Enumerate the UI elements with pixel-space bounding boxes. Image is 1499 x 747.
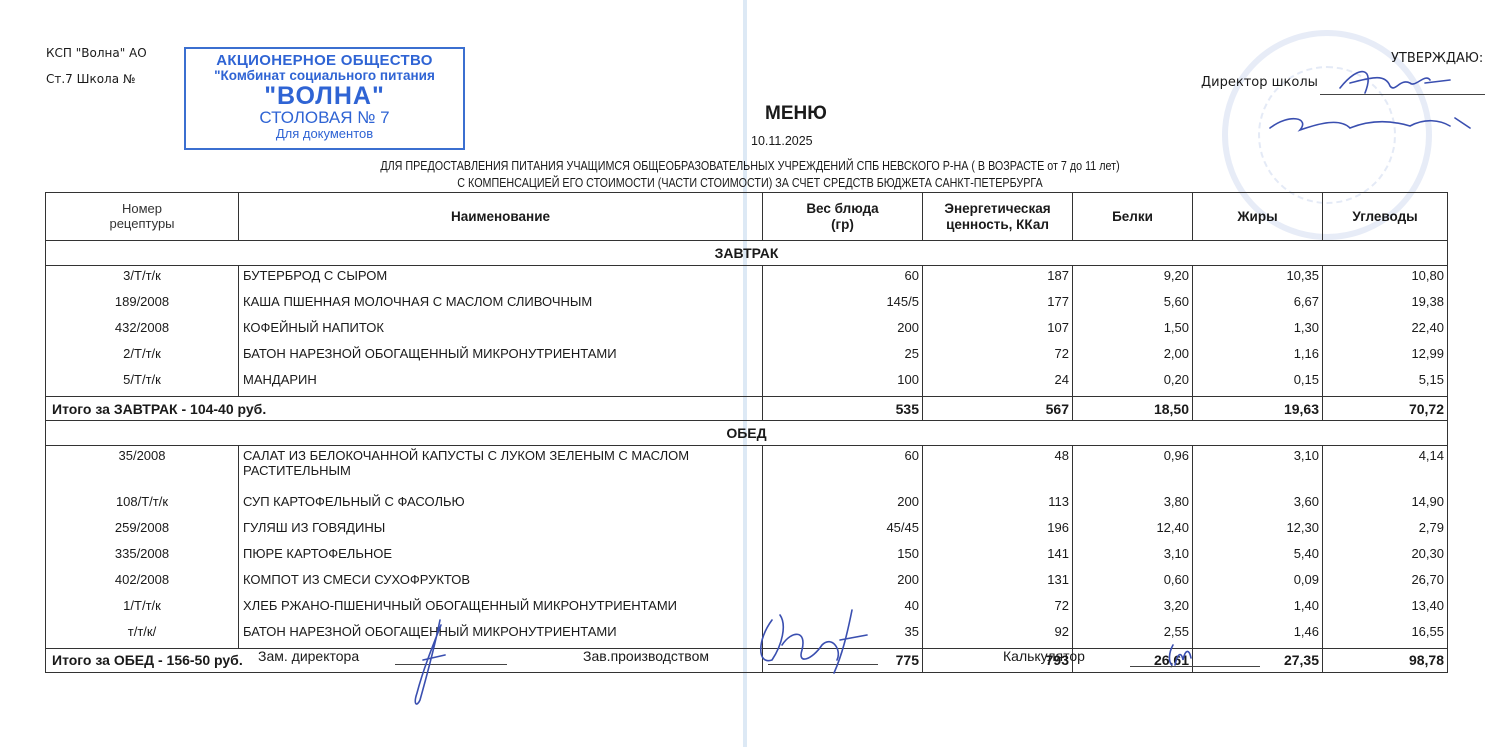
cell-energy: 107 (923, 318, 1073, 344)
section-row: ЗАВТРАК (46, 241, 1448, 266)
cell-name: КАША ПШЕННАЯ МОЛОЧНАЯ С МАСЛОМ СЛИВОЧНЫМ (239, 292, 763, 318)
cell-fat: 1,30 (1193, 318, 1323, 344)
cell-fat: 1,40 (1193, 596, 1323, 622)
cell-code: 1/Т/т/к (46, 596, 239, 622)
cell-code: 259/2008 (46, 518, 239, 544)
cell-fat: 0,15 (1193, 370, 1323, 397)
menu-table: Номеррецептуры Наименование Вес блюда(гр… (45, 192, 1448, 673)
stamp-line-4: СТОЛОВАЯ № 7 (186, 109, 463, 127)
cell-carbs: 13,40 (1323, 596, 1448, 622)
cell-weight: 150 (763, 544, 923, 570)
cell-protein: 12,40 (1073, 518, 1193, 544)
cell-weight: 145/5 (763, 292, 923, 318)
deputy-director-label: Зам. директора (258, 648, 359, 664)
cell-fat: 3,10 (1193, 446, 1323, 492)
cell-weight: 60 (763, 446, 923, 492)
table-row: 1/Т/т/кХЛЕБ РЖАНО-ПШЕНИЧНЫЙ ОБОГАЩЕННЫЙ … (46, 596, 1448, 622)
cell-name: БУТЕРБРОД С СЫРОМ (239, 266, 763, 293)
cell-code: 402/2008 (46, 570, 239, 596)
cell-fat: 12,30 (1193, 518, 1323, 544)
cell-name: ПЮРЕ КАРТОФЕЛЬНОЕ (239, 544, 763, 570)
table-row: т/т/к/БАТОН НАРЕЗНОЙ ОБОГАЩЕННЫЙ МИКРОНУ… (46, 622, 1448, 649)
cell-weight: 200 (763, 318, 923, 344)
production-head-signature (752, 605, 892, 675)
cell-fat: 1,46 (1193, 622, 1323, 649)
table-row: 189/2008КАША ПШЕННАЯ МОЛОЧНАЯ С МАСЛОМ С… (46, 292, 1448, 318)
cell-protein: 2,00 (1073, 344, 1193, 370)
cell-name: КОФЕЙНЫЙ НАПИТОК (239, 318, 763, 344)
cell-carbs: 26,70 (1323, 570, 1448, 596)
section-title: ЗАВТРАК (46, 241, 1448, 266)
cell-fat: 1,16 (1193, 344, 1323, 370)
school-line: Ст.7 Школа № (46, 72, 135, 86)
menu-table-body: ЗАВТРАК3/Т/т/кБУТЕРБРОД С СЫРОМ601879,20… (46, 241, 1448, 673)
cell-weight: 100 (763, 370, 923, 397)
cell-protein: 1,50 (1073, 318, 1193, 344)
cell-energy: 72 (923, 596, 1073, 622)
cell-carbs: 19,38 (1323, 292, 1448, 318)
column-header-fat: Жиры (1193, 193, 1323, 241)
column-header-protein: Белки (1073, 193, 1193, 241)
table-row: 3/Т/т/кБУТЕРБРОД С СЫРОМ601879,2010,3510… (46, 266, 1448, 293)
total-row: Итого за ЗАВТРАК - 104-40 руб.53556718,5… (46, 397, 1448, 421)
table-row: 335/2008ПЮРЕ КАРТОФЕЛЬНОЕ1501413,105,402… (46, 544, 1448, 570)
cell-fat: 3,60 (1193, 492, 1323, 518)
table-row: 259/2008ГУЛЯШ ИЗ ГОВЯДИНЫ45/4519612,4012… (46, 518, 1448, 544)
cell-carbs: 22,40 (1323, 318, 1448, 344)
cell-protein: 3,10 (1073, 544, 1193, 570)
table-row: 402/2008КОМПОТ ИЗ СМЕСИ СУХОФРУКТОВ20013… (46, 570, 1448, 596)
org-line: КСП "Волна" АО (46, 46, 147, 60)
stamp-line-1: АКЦИОНЕРНОЕ ОБЩЕСТВО (186, 53, 463, 69)
column-header-energy: Энергетическаяценность, ККал (923, 193, 1073, 241)
section-title: ОБЕД (46, 421, 1448, 446)
total-weight: 535 (763, 397, 923, 421)
cell-carbs: 5,15 (1323, 370, 1448, 397)
stamp-line-2: "Комбинат социального питания (186, 69, 463, 83)
cell-energy: 177 (923, 292, 1073, 318)
cell-carbs: 10,80 (1323, 266, 1448, 293)
cell-carbs: 4,14 (1323, 446, 1448, 492)
document-title: МЕНЮ (765, 103, 827, 125)
table-row: 2/Т/т/кБАТОН НАРЕЗНОЙ ОБОГАЩЕННЫЙ МИКРОН… (46, 344, 1448, 370)
cell-code: 5/Т/т/к (46, 370, 239, 397)
cell-name: БАТОН НАРЕЗНОЙ ОБОГАЩЕННЫЙ МИКРОНУТРИЕНТ… (239, 622, 763, 649)
cell-weight: 45/45 (763, 518, 923, 544)
cell-protein: 3,20 (1073, 596, 1193, 622)
cell-weight: 60 (763, 266, 923, 293)
table-row: 432/2008КОФЕЙНЫЙ НАПИТОК2001071,501,3022… (46, 318, 1448, 344)
calculator-label: Калькулятор (1003, 648, 1085, 664)
cell-protein: 0,20 (1073, 370, 1193, 397)
cell-code: 432/2008 (46, 318, 239, 344)
total-fat: 27,35 (1193, 648, 1323, 672)
cell-energy: 48 (923, 446, 1073, 492)
cell-weight: 200 (763, 570, 923, 596)
cell-protein: 5,60 (1073, 292, 1193, 318)
stamp-line-5: Для документов (186, 127, 463, 141)
cell-name: КОМПОТ ИЗ СМЕСИ СУХОФРУКТОВ (239, 570, 763, 596)
cell-carbs: 20,30 (1323, 544, 1448, 570)
table-row: 5/Т/т/кМАНДАРИН100240,200,155,15 (46, 370, 1448, 397)
cell-energy: 141 (923, 544, 1073, 570)
cell-protein: 0,96 (1073, 446, 1193, 492)
cell-carbs: 16,55 (1323, 622, 1448, 649)
cell-code: 35/2008 (46, 446, 239, 492)
column-header-name: Наименование (239, 193, 763, 241)
cell-code: 2/Т/т/к (46, 344, 239, 370)
director-signature (1330, 58, 1480, 128)
director-label: Директор школы (1201, 75, 1318, 90)
cell-protein: 9,20 (1073, 266, 1193, 293)
cell-energy: 24 (923, 370, 1073, 397)
cell-name: САЛАТ ИЗ БЕЛОКОЧАННОЙ КАПУСТЫ С ЛУКОМ ЗЕ… (239, 446, 763, 492)
table-row: 108/Т/т/кСУП КАРТОФЕЛЬНЫЙ С ФАСОЛЬЮ20011… (46, 492, 1448, 518)
cell-carbs: 2,79 (1323, 518, 1448, 544)
table-row: 35/2008САЛАТ ИЗ БЕЛОКОЧАННОЙ КАПУСТЫ С Л… (46, 446, 1448, 492)
stamp-line-3: "ВОЛНА" (186, 83, 463, 109)
total-energy: 567 (923, 397, 1073, 421)
cell-energy: 196 (923, 518, 1073, 544)
cell-weight: 25 (763, 344, 923, 370)
total-carbs: 98,78 (1323, 648, 1448, 672)
subtitle-line-2: С КОМПЕНСАЦИЕЙ ЕГО СТОИМОСТИ (ЧАСТИ СТОИ… (62, 176, 1438, 190)
calculator-signature (1165, 640, 1205, 670)
total-label: Итого за ЗАВТРАК - 104-40 руб. (46, 397, 763, 421)
cell-energy: 92 (923, 622, 1073, 649)
column-header-weight: Вес блюда(гр) (763, 193, 923, 241)
cell-carbs: 14,90 (1323, 492, 1448, 518)
cell-code: 108/Т/т/к (46, 492, 239, 518)
total-row: Итого за ОБЕД - 156-50 руб.77579326,6127… (46, 648, 1448, 672)
cell-energy: 131 (923, 570, 1073, 596)
deputy-director-signature (405, 615, 455, 715)
cell-name: ГУЛЯШ ИЗ ГОВЯДИНЫ (239, 518, 763, 544)
cell-energy: 187 (923, 266, 1073, 293)
table-header-row: Номеррецептуры Наименование Вес блюда(гр… (46, 193, 1448, 241)
cell-name: СУП КАРТОФЕЛЬНЫЙ С ФАСОЛЬЮ (239, 492, 763, 518)
document-date: 10.11.2025 (751, 134, 813, 148)
cell-weight: 200 (763, 492, 923, 518)
cell-name: БАТОН НАРЕЗНОЙ ОБОГАЩЕННЫЙ МИКРОНУТРИЕНТ… (239, 344, 763, 370)
subtitle-line-1: ДЛЯ ПРЕДОСТАВЛЕНИЯ ПИТАНИЯ УЧАЩИМСЯ ОБЩЕ… (62, 159, 1438, 173)
cell-code: 189/2008 (46, 292, 239, 318)
total-carbs: 70,72 (1323, 397, 1448, 421)
cell-code: т/т/к/ (46, 622, 239, 649)
column-header-carbs: Углеводы (1323, 193, 1448, 241)
section-row: ОБЕД (46, 421, 1448, 446)
cell-fat: 10,35 (1193, 266, 1323, 293)
column-header-code: Номеррецептуры (46, 193, 239, 241)
cell-fat: 5,40 (1193, 544, 1323, 570)
cell-protein: 0,60 (1073, 570, 1193, 596)
cell-code: 3/Т/т/к (46, 266, 239, 293)
cell-code: 335/2008 (46, 544, 239, 570)
cell-protein: 3,80 (1073, 492, 1193, 518)
total-protein: 18,50 (1073, 397, 1193, 421)
organization-stamp: АКЦИОНЕРНОЕ ОБЩЕСТВО "Комбинат социально… (184, 47, 465, 150)
cell-carbs: 12,99 (1323, 344, 1448, 370)
cell-name: МАНДАРИН (239, 370, 763, 397)
cell-name: ХЛЕБ РЖАНО-ПШЕНИЧНЫЙ ОБОГАЩЕННЫЙ МИКРОНУ… (239, 596, 763, 622)
cell-energy: 72 (923, 344, 1073, 370)
total-fat: 19,63 (1193, 397, 1323, 421)
cell-fat: 6,67 (1193, 292, 1323, 318)
cell-fat: 0,09 (1193, 570, 1323, 596)
cell-energy: 113 (923, 492, 1073, 518)
production-head-label: Зав.производством (583, 648, 709, 664)
